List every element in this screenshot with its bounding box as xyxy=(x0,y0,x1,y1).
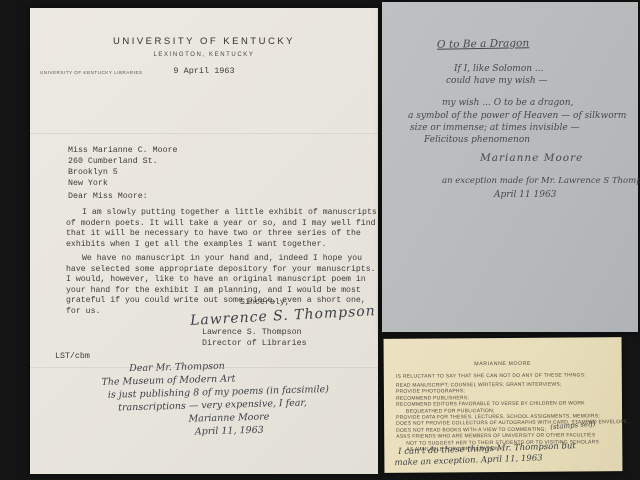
address-line: 260 Cumberland St. xyxy=(68,156,178,167)
poem-line: a symbol of the power of Heaven — of sil… xyxy=(408,111,626,121)
signer-name: Lawrence S. Thompson xyxy=(202,328,307,339)
fold-line xyxy=(30,132,378,134)
poem-title: O to Be a Dragon xyxy=(437,37,529,51)
printed-card-page: MARIANNE MOORE IS RELUCTANT TO SAY THAT … xyxy=(384,337,623,473)
closing: Sincerely, xyxy=(240,298,290,307)
poem-line: If I, like Solomon ... xyxy=(454,64,544,74)
card-name: MARIANNE MOORE xyxy=(384,360,622,368)
signer-block: Lawrence S. Thompson Director of Librari… xyxy=(202,328,307,349)
poem-date: April 11 1963 xyxy=(494,190,556,200)
letterhead-city: LEXINGTON, KENTUCKY xyxy=(30,52,378,58)
card-intro: IS RELUCTANT TO SAY THAT SHE CAN NOT DO … xyxy=(396,372,586,379)
salutation: Dear Miss Moore: xyxy=(68,192,148,201)
letterhead-university: UNIVERSITY OF KENTUCKY xyxy=(30,36,378,47)
recipient-address: Miss Marianne C. Moore 260 Cumberland St… xyxy=(68,145,178,189)
poem-dedication: an exception made for Mr. Lawrence S Tho… xyxy=(442,176,640,186)
letter-date: 9 April 1963 xyxy=(30,66,378,76)
poem-note-page: O to Be a Dragon If I, like Solomon ... … xyxy=(382,2,638,332)
poem-signature: Marianne Moore xyxy=(480,152,583,164)
address-line: New York xyxy=(68,178,178,189)
address-line: Brooklyn 5 xyxy=(68,167,178,178)
signer-title: Director of Libraries xyxy=(202,339,307,350)
typist-reference: LST/cbm xyxy=(55,352,90,361)
letter-page: UNIVERSITY OF KENTUCKY LEXINGTON, KENTUC… xyxy=(30,8,378,474)
address-line: Miss Marianne C. Moore xyxy=(68,145,178,156)
poem-line: size or immense; at times invisible — xyxy=(410,123,580,133)
card-handwritten-note: I can't do these things Mr. Thompson but… xyxy=(398,441,576,469)
poem-line: my wish ... O to be a dragon, xyxy=(442,98,573,108)
poem-line: could have my wish — xyxy=(446,76,548,86)
photographed-documents-scene: UNIVERSITY OF KENTUCKY LEXINGTON, KENTUC… xyxy=(0,0,640,480)
body-paragraph: I am slowly putting together a little ex… xyxy=(66,208,382,250)
poem-line: Felicitous phenomenon xyxy=(424,135,530,145)
moore-handwritten-annotation: Dear Mr. Thompson The Museum of Modern A… xyxy=(95,357,330,441)
annotation-date: April 11, 1963 xyxy=(195,422,330,439)
